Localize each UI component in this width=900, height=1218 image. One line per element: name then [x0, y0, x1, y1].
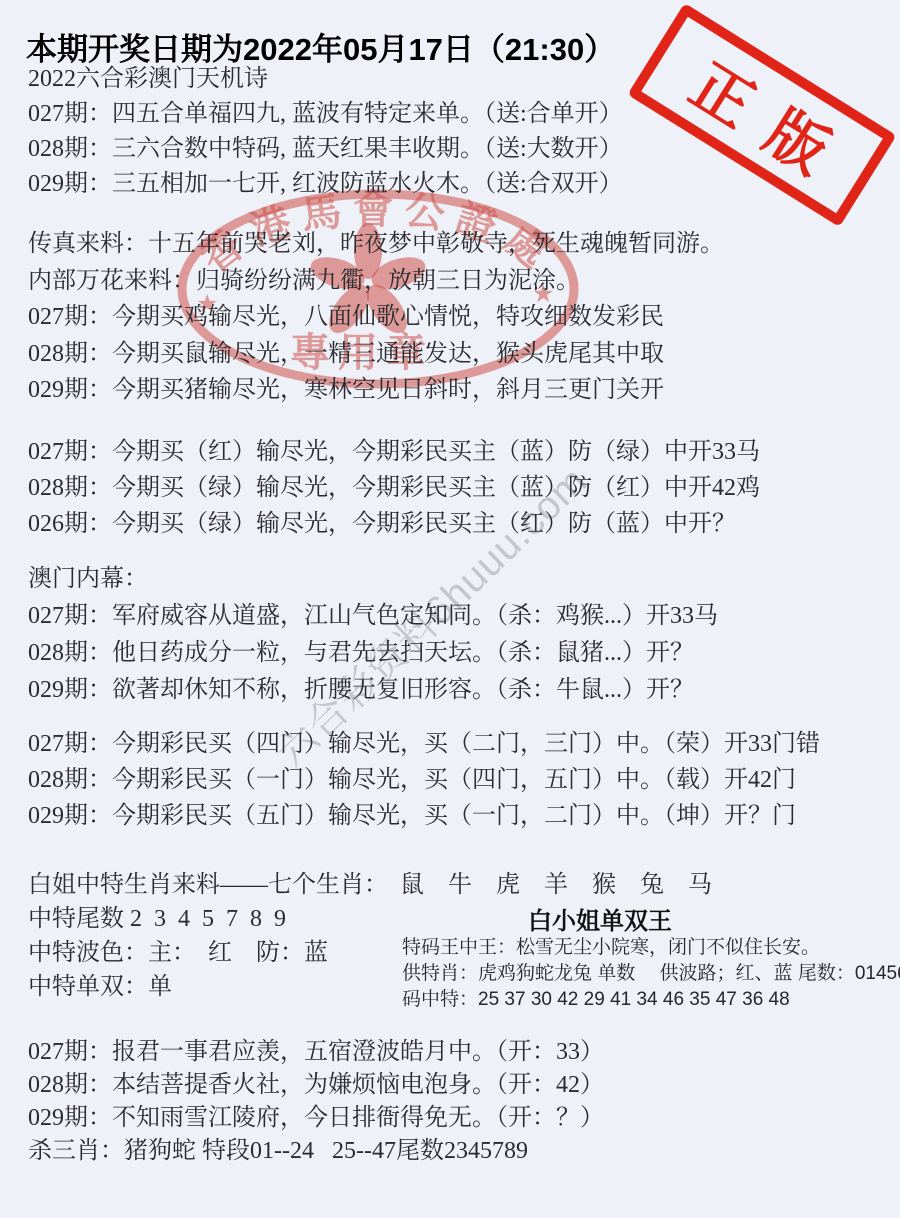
text-line: 029期：欲著却休知不称，折腰无复旧形容。（杀：牛鼠...）开？ [28, 672, 718, 709]
section-tianji-poems: 2022六合彩澳门天机诗027期：四五合单福四九, 蓝波有特定来单。（送:合单开… [28, 62, 623, 202]
text-line: 029期：今期彩民买（五门）输尽光，买（一门，二门）中。（坤）开？门 [28, 798, 820, 834]
text-line: 029期：不知雨雪江陵府，今日排衙得免无。（开：？） [28, 1102, 604, 1135]
text-line: 028期：三六合数中特码, 蓝天红果丰收期。（送:大数开） [28, 132, 623, 167]
text-line: 029期：三五相加一七开, 红波防蓝水火木。（送:合双开） [28, 167, 623, 202]
section-color-tips: 027期：今期买（红）输尽光，今期彩民买主（蓝）防（绿）中开33马028期：今期… [28, 434, 760, 542]
section-fax-material: 传真来料：十五年前哭老刘，昨夜梦中彰敬寺，死生魂魄暂同游。内部万花来料：归骑纷纷… [28, 226, 724, 409]
text-line: 传真来料：十五年前哭老刘，昨夜梦中彰敬寺，死生魂魄暂同游。 [28, 226, 724, 263]
section-baixiaojie-box: 白小姐单双王特码王中王：松雪无尘小院寒，闭门不似住长安。供特肖：虎鸡狗蛇龙兔 单… [402, 908, 900, 1013]
text-line: 杀三肖：猪狗蛇 特段01--24 25--47尾数2345789 [28, 1135, 604, 1168]
text-line: 供特肖：虎鸡狗蛇龙兔 单数 供波路；红、蓝 尾数：0145679 [402, 961, 900, 987]
text-line: 特码王中王：松雪无尘小院寒，闭门不似住长安。 [402, 935, 900, 961]
text-line: 2022六合彩澳门天机诗 [28, 62, 623, 97]
text-line: 027期：军府威容从道盛，江山气色定知同。（杀：鸡猴...）开33马 [28, 598, 718, 635]
text-line: 028期：今期买鼠输尽光，一精三通能发达，猴头虎尾其中取 [28, 336, 724, 373]
lottery-tip-sheet: 本期开奖日期为2022年05月17日（21:30） 2022六合彩澳门天机诗02… [0, 0, 900, 1218]
text-line: 白姐中特生肖来料——七个生肖： 鼠 牛 虎 羊 猴 兔 马 [28, 868, 712, 902]
text-line: 029期：今期买猪输尽光，寒林空见日斜时，斜月三更门关开 [28, 372, 724, 409]
text-line: 026期：今期买（绿）输尽光，今期彩民买主（红）防（蓝）中开？ [28, 506, 760, 542]
text-line: 码中特：25 37 30 42 29 41 34 46 35 47 36 48 [402, 987, 900, 1013]
text-line: 澳门内幕： [28, 561, 718, 598]
section-final-poems: 027期：报君一事君应羡，五宿澄波皓月中。（开：33）028期：本结菩提香火社，… [28, 1036, 604, 1168]
text-line: 027期：四五合单福四九, 蓝波有特定来单。（送:合单开） [28, 97, 623, 132]
text-line: 028期：他日药成分一粒，与君先去扫天坛。（杀：鼠猪...）开？ [28, 635, 718, 672]
section-baixiaojie-box-title: 白小姐单双王 [528, 908, 900, 935]
text-line: 028期：今期买（绿）输尽光，今期彩民买主（蓝）防（红）中开42鸡 [28, 470, 760, 506]
genuine-stamp: 正版 [627, 3, 896, 227]
text-line: 028期：本结菩提香火社，为嫌烦恼电泡身。（开：42） [28, 1069, 604, 1102]
text-line: 027期：今期彩民买（四门）输尽光，买（二门，三门）中。（荣）开33门错 [28, 726, 820, 762]
genuine-stamp-label: 正版 [653, 24, 872, 205]
section-door-tips: 027期：今期彩民买（四门）输尽光，买（二门，三门）中。（荣）开33门错028期… [28, 726, 820, 834]
text-line: 027期：今期买鸡输尽光，八面仙歌心情悦，特攻细数发彩民 [28, 299, 724, 336]
text-line: 027期：报君一事君应羡，五宿澄波皓月中。（开：33） [28, 1036, 604, 1069]
text-line: 028期：今期彩民买（一门）输尽光，买（四门，五门）中。（载）开42门 [28, 762, 820, 798]
section-macau-insider: 澳门内幕：027期：军府威容从道盛，江山气色定知同。（杀：鸡猴...）开33马0… [28, 561, 718, 709]
text-line: 内部万花来料：归骑纷纷满九衢，放朝三日为泥涂。 [28, 263, 724, 300]
text-line: 027期：今期买（红）输尽光，今期彩民买主（蓝）防（绿）中开33马 [28, 434, 760, 470]
